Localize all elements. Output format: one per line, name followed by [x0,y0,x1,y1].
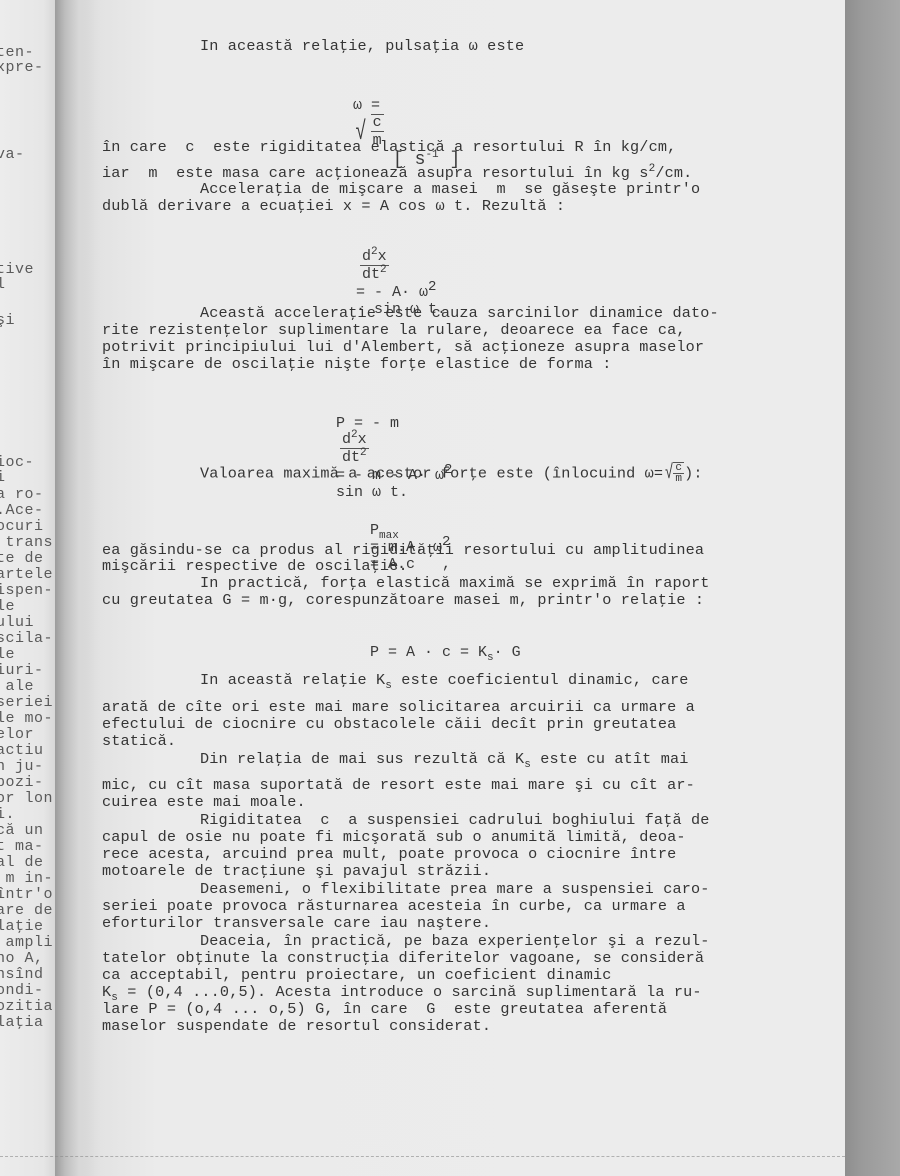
p6-line-1: In practică, forţa elastică maximă se ex… [200,575,710,591]
p8-first-tail: este cu atît mai [531,750,689,768]
p4-fraction: cm [673,462,684,485]
den-dt: dt [362,266,380,283]
previous-page-fragment: elor [0,727,34,742]
eq-force-tail: sin ω t. [336,484,408,501]
p11-k: K [102,983,111,1001]
previous-page-fragment: a ro- [0,487,44,502]
previous-page-fragment: scila- [0,631,53,646]
previous-page-fragment: ului [0,615,34,630]
p11-line-4: Ks = (0,4 ...0,5). Acesta introduce o sa… [102,984,702,1000]
book-gutter-shadow [55,0,95,1176]
equation-force: P = - m d2xdt2 = - m - A· ω2 sin ω t. [318,398,452,501]
p1-line-2: iar m este masa care acţionează asupra r… [102,165,692,181]
p7-first: In această relaţie K [200,671,385,689]
p8-line-2: mic, cu cît masa suportată de resort est… [102,777,695,793]
previous-page-fragment: ozitia [0,999,53,1014]
previous-page-fragment: într'o [0,887,53,902]
p7-first-tail: este coeficientul dinamic, care [392,671,688,689]
p9-line-1: Rigiditatea c a suspensiei cadrului bogh… [200,812,710,828]
eq-accel-exp: 2 [428,279,436,295]
previous-page-fragment: m in- [0,871,53,886]
p5-line-1: ea găsindu-se ca produs al rigidităţii r… [102,542,704,558]
previous-page-fragment: xpre- [0,60,44,75]
p7-line-4: statică. [102,733,176,749]
previous-page-fragment: l [0,277,6,292]
previous-page-fragment: .Ace- [0,503,44,518]
p8-line-3: cuirea este mai moale. [102,794,306,810]
p10-line-1: Deasemeni, o flexibilitate prea mare a s… [200,881,710,897]
p4-den: m [673,474,684,485]
num-exp: 2 [371,246,378,258]
eq-omega-lhs: ω = [353,97,380,114]
previous-page-fragment: trans [0,535,53,550]
p3-line-1: Această acceleraţie este cauza sarcinilo… [200,305,719,321]
previous-page-fragment: că un [0,823,44,838]
previous-page-fragment: nsînd [0,967,44,982]
den-exp: 2 [360,447,367,459]
ks-tail: · G [494,644,521,661]
num-var: x [378,248,387,265]
p5-line-2: mişcării respective de oscilaţie. [102,558,408,574]
previous-page-fragment: tive [0,262,34,277]
p11-line-1: Deaceia, în practică, pe baza experienţe… [200,933,710,949]
previous-page-fragment: iuri- [0,663,44,678]
ks-sub: s [487,652,494,664]
pmax-lhs: P [370,522,379,539]
p11-line-6: maselor suspendate de resortul considera… [102,1018,491,1034]
p9-line-4: motoarele de tracţiune şi pavajul străzi… [102,863,491,879]
p11-line-2: tatelor obţinute la construcţia diferite… [102,950,704,966]
previous-page-fragment: ispen- [0,583,53,598]
p2-line-1: Acceleraţia de mişcare a masei m se găse… [200,181,700,197]
previous-page-fragment: i. [0,807,15,822]
num-d: d [342,431,351,448]
previous-page-fragment: te de [0,551,44,566]
previous-page-fragment: artele [0,567,53,582]
previous-page-fragment: n ju- [0,759,44,774]
previous-page-fragment: va- [0,147,25,162]
page-right-edge-shadow [845,0,900,1176]
previous-page-fragment: ondi- [0,983,44,998]
p9-line-3: rece acesta, arcuind prea mult, poate pr… [102,846,676,862]
previous-page-fragment: ocuri [0,519,44,534]
p4-line: Valoarea maximă a acestor forţe este (în… [200,462,703,485]
p4-tail: ): [684,465,703,483]
sqrt-symbol: √ [665,464,674,484]
previous-page-fragment: are de [0,903,53,918]
previous-page-fragment: laţia [0,1015,44,1030]
p11-line-5: lare P = (o,4 ... o,5) G, în care G este… [102,1001,667,1017]
equation-ks: P = A · c = Ks· G [352,627,521,661]
p7-line-1: In această relaţie Ks este coeficientul … [200,672,689,688]
p9-line-2: capul de osie nu poate fi micşorată sub … [102,829,686,845]
equation-omega: ω = √cm [ s-1 ] [335,80,460,170]
eq-accel-rhs: = - A· ω [356,284,428,301]
p10-line-2: seriei poate provoca răsturnarea acestei… [102,898,686,914]
previous-page-fragment: no A, [0,951,44,966]
intro-line: In această relaţie, pulsaţia ω este [200,38,524,54]
p1-line-1: în care c este rigiditatea elastică a re… [102,139,676,155]
num-d: d [362,248,371,265]
p7-line-2: arată de cîte ori este mai mare solicita… [102,699,695,715]
p8-line-1: Din relaţia de mai sus rezultă că Ks est… [200,751,689,767]
p2-line-2: dublă derivare a ecuaţiei x = A cos ω t.… [102,198,565,214]
num-exp: 2 [351,429,358,441]
previous-page-fragment: le [0,647,15,662]
previous-page-fragment: t ma- [0,839,44,854]
previous-page-fragment: le [0,599,15,614]
previous-page-fragment: actiu [0,743,44,758]
previous-page-fragment: ioc- [0,455,34,470]
p3-line-4: în mişcare de oscilaţie nişte forţe elas… [102,356,612,372]
eq-force-lhs: P = - m [336,415,399,432]
p7-line-3: efectului de ciocnire cu obstacolele căi… [102,716,676,732]
previous-page-edge: ten-xpre-va-tivelşiioc-ia ro-.Ace-ocuri … [0,0,62,1176]
p3-line-3: potrivit principiului lui d'Alembert, să… [102,339,704,355]
previous-page-fragment: i [0,470,6,485]
eq-accel-fraction: d2xdt2 [360,249,389,284]
previous-page-fragment: ampli [0,935,53,950]
previous-page-fragment: laţie [0,919,44,934]
ks-lhs: P = A · c = K [370,644,487,661]
p8-first: Din relaţia de mai sus rezultă că K [200,750,524,768]
page-fold-line [0,1156,845,1157]
p4-text: Valoarea maximă a acestor forţe este (în… [200,465,663,483]
p10-line-3: eforturilor transversale care iau naşter… [102,915,491,931]
previous-page-fragment: le mo- [0,711,53,726]
num-var: x [358,431,367,448]
den-exp: 2 [380,264,387,276]
previous-page-fragment: seriei [0,695,53,710]
p8-sub: s [524,759,531,771]
p11-k-tail: = (0,4 ...0,5). Acesta introduce o sarci… [118,983,702,1001]
p11-line-3: ca acceptabil, pentru proiectare, un coe… [102,967,612,983]
previous-page-fragment: al de [0,855,44,870]
previous-page-fragment: or lon [0,791,53,806]
p6-line-2: cu greutatea G = m·g, corespunzătoare ma… [102,592,704,608]
previous-page-fragment: pozi- [0,775,44,790]
previous-page-fragment: ale [0,679,34,694]
previous-page-fragment: şi [0,313,15,328]
numerator: c [371,115,384,132]
p3-line-2: rite rezistenţelor suplimentare la rular… [102,322,686,338]
previous-page-fragment: ten- [0,45,34,60]
